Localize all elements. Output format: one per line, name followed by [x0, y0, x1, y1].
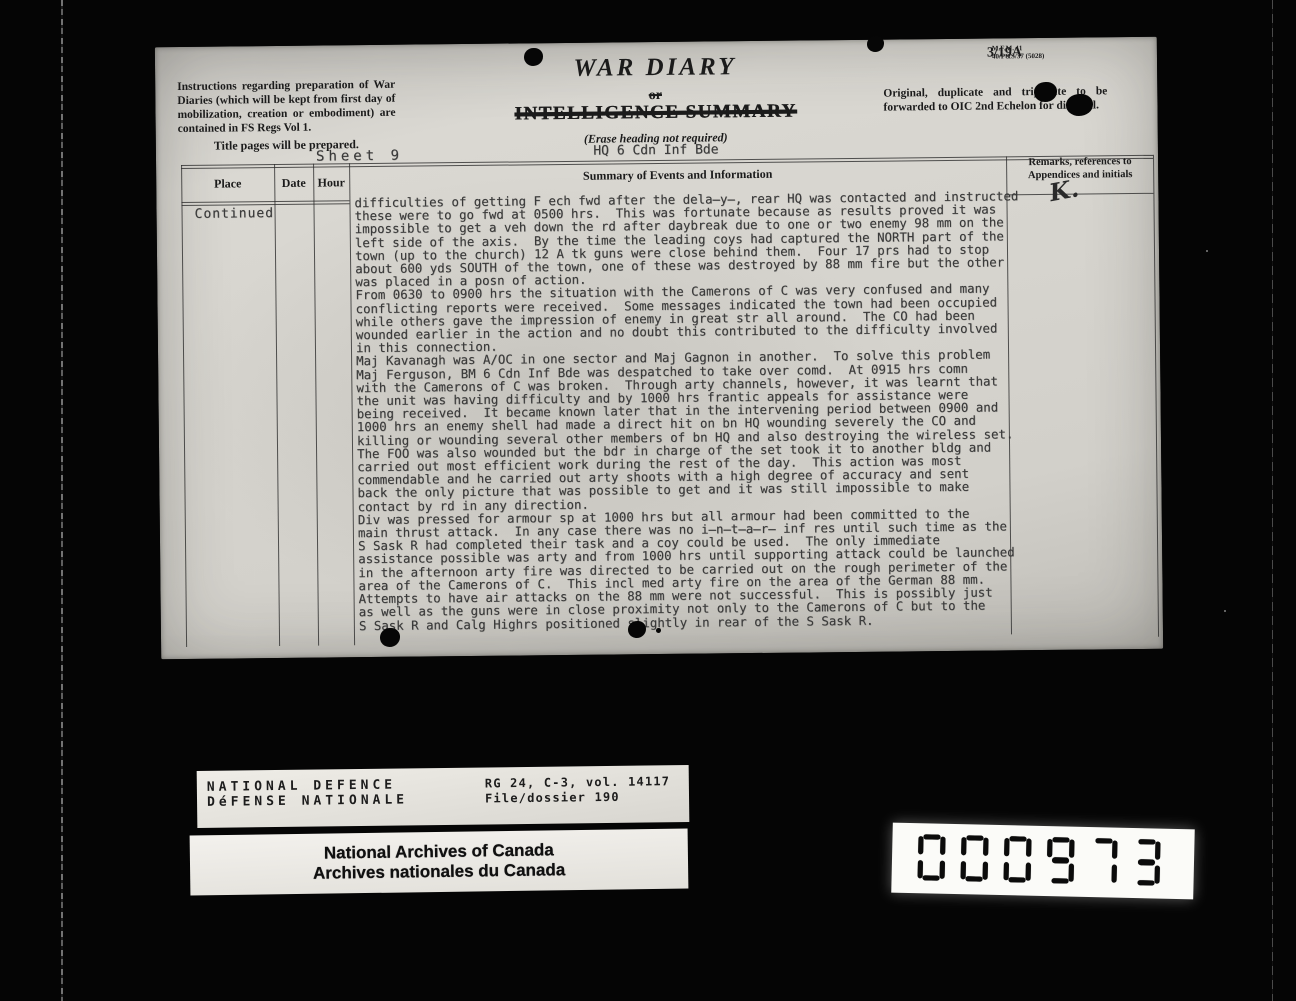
form-title-intelligence-summary: INTELLIGENCE SUMMARY [473, 100, 837, 126]
frame-counter-digits [917, 823, 1179, 899]
counter-digit [961, 835, 989, 882]
national-defence-label: NATIONAL DEFENCEDéFENSE NATIONALE [207, 777, 408, 809]
form-title-war-diary: WAR DIARY [500, 52, 810, 83]
handwritten-initials: K. [1047, 173, 1081, 207]
microfilm-frame: { "header": { "instructions": "Instructi… [0, 0, 1296, 1001]
header-bottom-rule-remarks [1007, 193, 1153, 196]
film-speck [1224, 610, 1226, 612]
counter-digit [1132, 839, 1160, 886]
archives-canada-stamp: National Archives of Canada Archives nat… [190, 829, 689, 896]
film-speck [1206, 250, 1208, 252]
date-hour-divider [313, 164, 319, 646]
unit-name: HQ 6 Cdn Inf Bde [501, 141, 811, 159]
counter-digit [1046, 837, 1074, 884]
table-right-border [1153, 155, 1159, 637]
column-header-summary: Summary of Events and Information [349, 164, 1006, 186]
counter-digit [918, 834, 946, 881]
national-defence-fr: DéFENSE NATIONALE [207, 792, 408, 809]
form-number: 3/19AM.F.M. 11 40/P&S/37 (5028) [987, 45, 992, 61]
counter-digit [1004, 836, 1032, 883]
preparation-instructions: Instructions regarding preparation of Wa… [177, 78, 396, 136]
place-date-divider [274, 164, 280, 646]
column-header-remarks: Remarks, references to Appendices and in… [1007, 156, 1153, 183]
record-group-label: RG 24, C-3, vol. 14117File/dossier 190 [485, 774, 671, 806]
place-entry: Continued [194, 206, 274, 222]
summary-text: difficulties of getting F ech fwd after … [354, 189, 1027, 632]
column-header-place: Place [181, 176, 274, 192]
frame-counter [891, 823, 1195, 900]
column-header-hour: Hour [313, 175, 349, 190]
column-header-date: Date [274, 176, 313, 191]
national-defence-stamp: NATIONAL DEFENCEDéFENSE NATIONALE RG 24,… [197, 765, 690, 828]
film-edge-line [1272, 0, 1273, 1001]
film-edge-scratch [61, 0, 63, 1001]
war-diary-page: Instructions regarding preparation of Wa… [155, 37, 1163, 659]
archives-label-fr: Archives nationales du Canada [313, 860, 565, 883]
record-group-volume: RG 24, C-3, vol. 14117 [485, 774, 671, 790]
table-left-border [181, 165, 187, 647]
form-ref-line2: 40/P&S/37 (5028) [992, 52, 1044, 60]
counter-digit [1089, 838, 1117, 885]
file-dossier: File/dossier 190 [485, 790, 620, 806]
archives-label-en: National Archives of Canada [324, 840, 554, 862]
